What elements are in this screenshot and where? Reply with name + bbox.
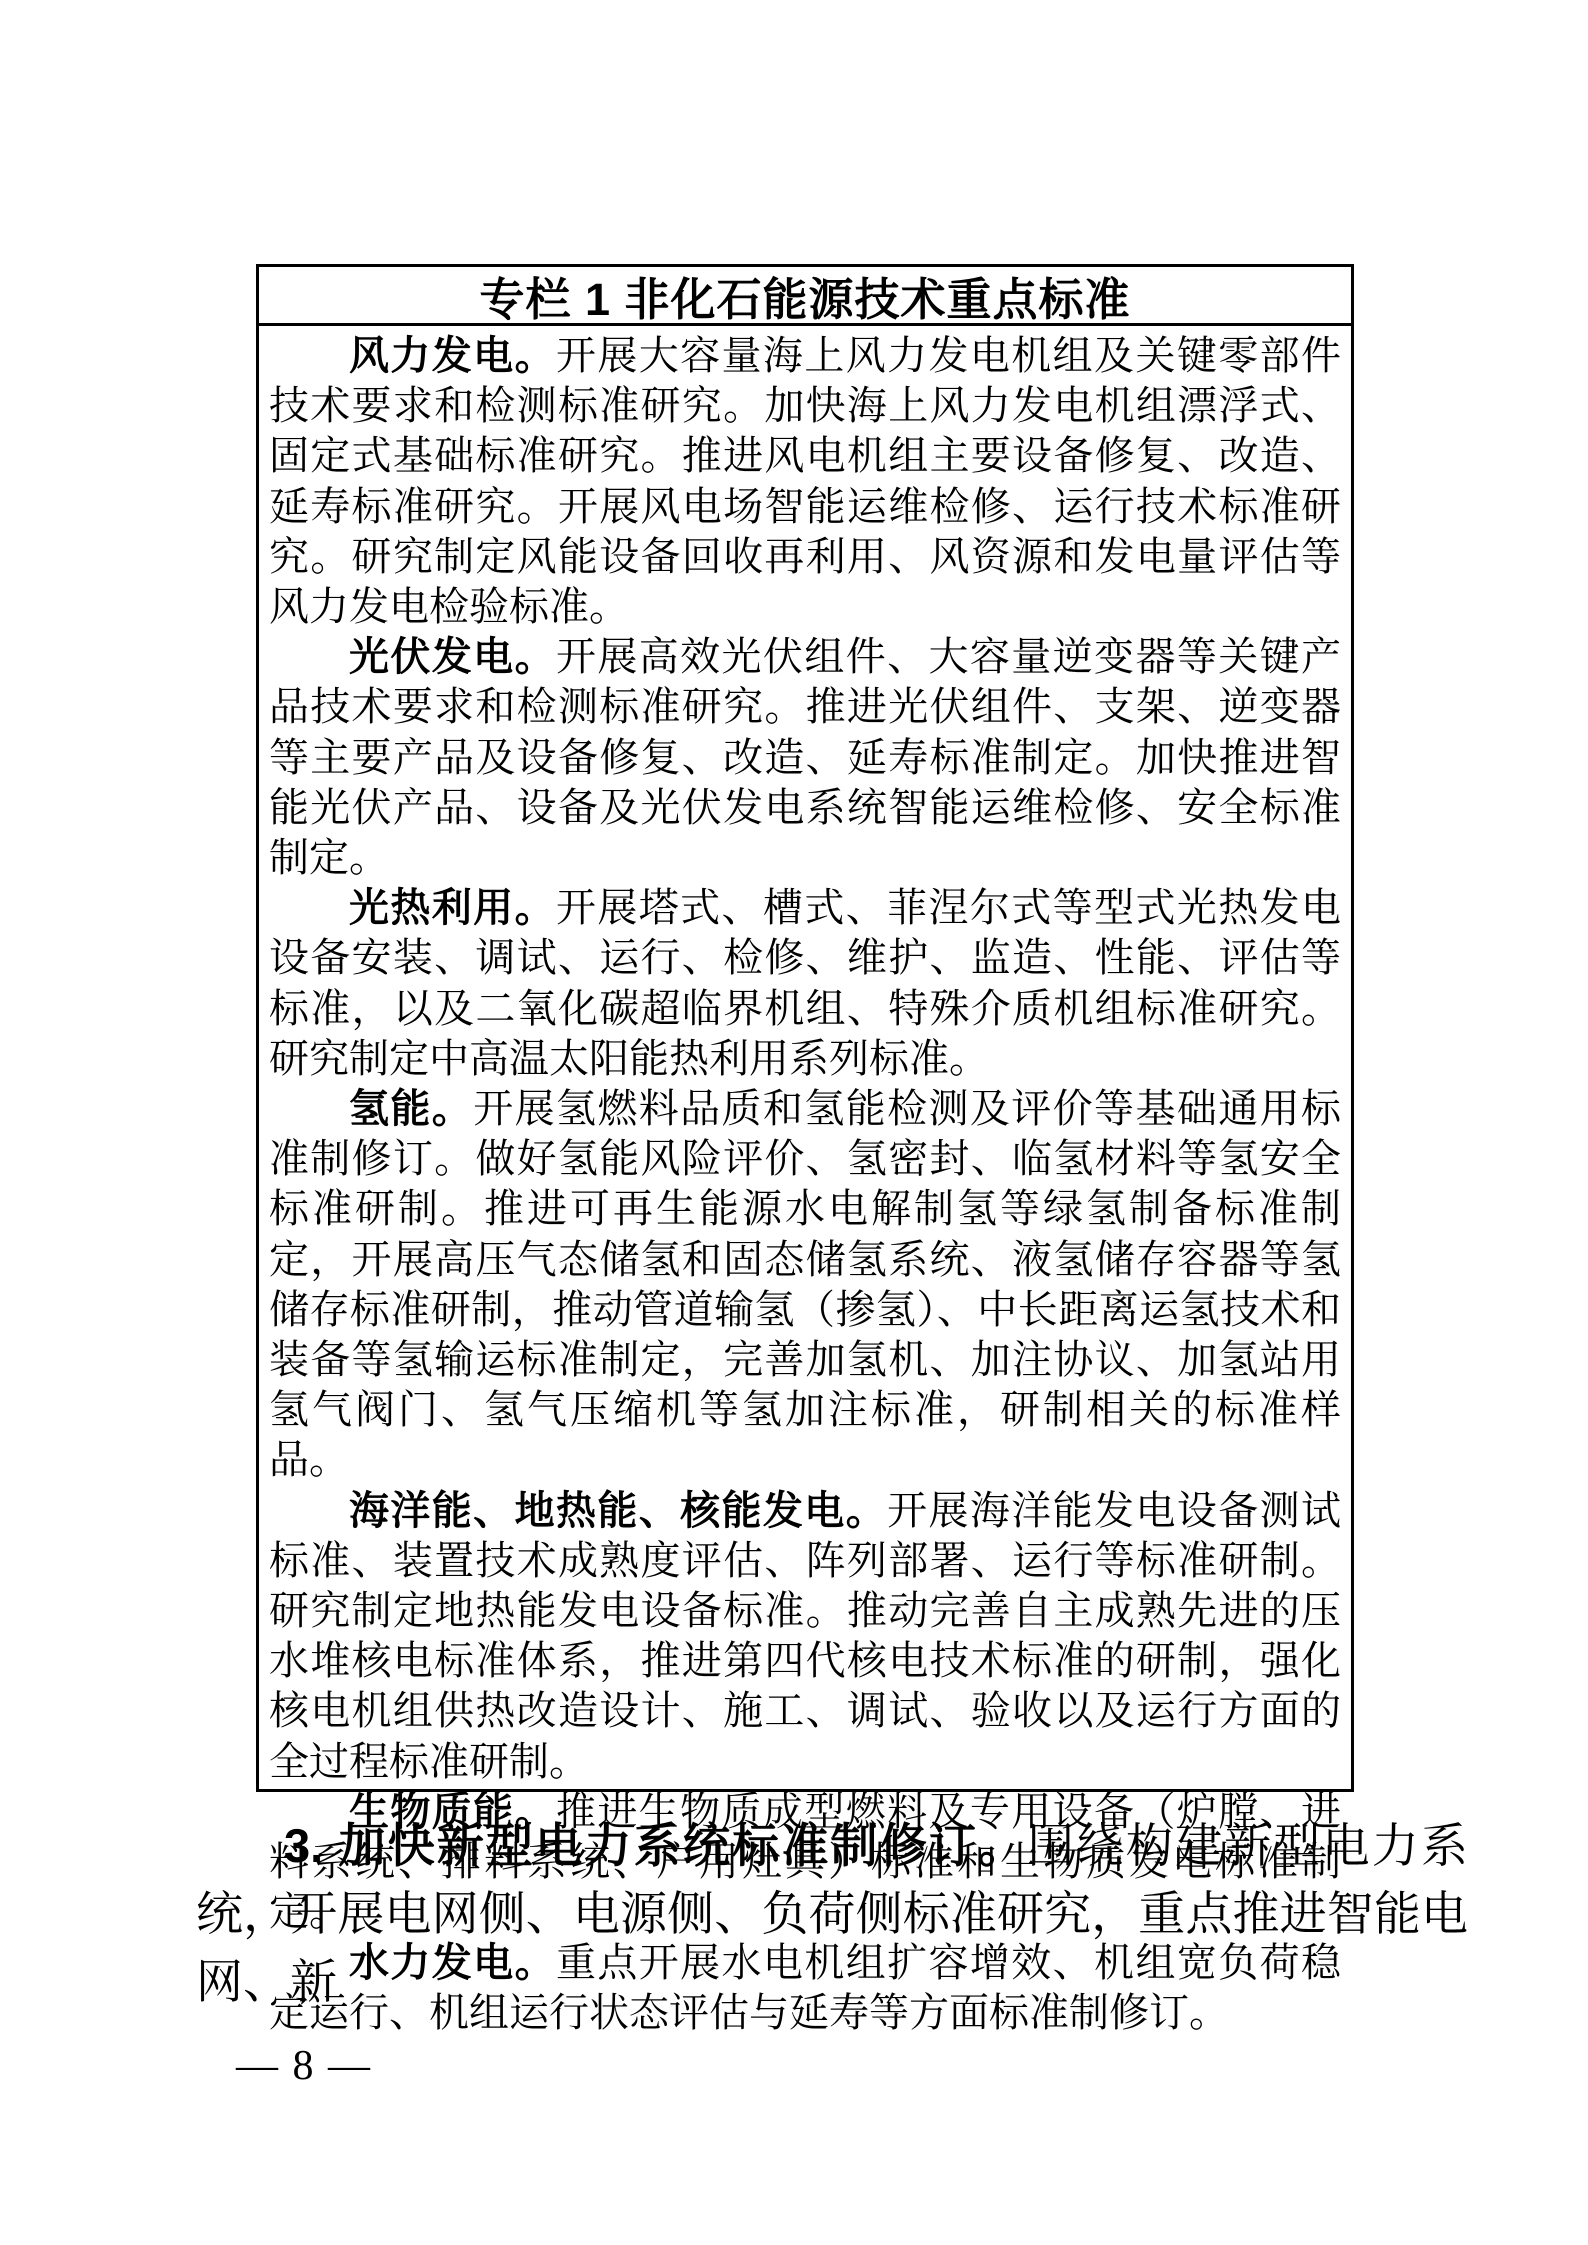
column-box: 专栏 1 非化石能源技术重点标准 风力发电。开展大容量海上风力发电机组及关键零部… (256, 264, 1354, 1792)
box-paragraph: 氢能。开展氢燃料品质和氢能检测及评价等基础通用标准制修订。做好氢能风险评价、氢密… (269, 1084, 1341, 1486)
box-paragraph-lead: 光伏发电。 (349, 635, 556, 679)
box-paragraph: 光热利用。开展塔式、槽式、菲涅尔式等型式光热发电设备安装、调试、运行、检修、维护… (269, 883, 1341, 1084)
column-box-body: 风力发电。开展大容量海上风力发电机组及关键零部件技术要求和检测标准研究。加快海上… (259, 326, 1351, 2038)
box-paragraph-lead: 氢能。 (349, 1087, 473, 1131)
page-number: — 8 — (236, 2042, 372, 2090)
box-paragraph-lead: 风力发电。 (349, 334, 556, 378)
box-paragraph: 风力发电。开展大容量海上风力发电机组及关键零部件技术要求和检测标准研究。加快海上… (269, 331, 1341, 632)
box-paragraph-lead: 海洋能、地热能、核能发电。 (349, 1489, 887, 1533)
box-paragraph: 光伏发电。开展高效光伏组件、大容量逆变器等关键产品技术要求和检测标准研究。推进光… (269, 632, 1341, 883)
body-paragraph-3: 3. 加快新型电力系统标准制修订。围绕构建新型电力系统，开展电网侧、电源侧、负荷… (196, 1812, 1468, 2017)
box-paragraph: 海洋能、地热能、核能发电。开展海洋能发电设备测试标准、装置技术成熟度评估、阵列部… (269, 1486, 1341, 1787)
box-paragraph-text: 开展氢燃料品质和氢能检测及评价等基础通用标准制修订。做好氢能风险评价、氢密封、临… (269, 1086, 1341, 1482)
paragraph-3-lead: 3. 加快新型电力系统标准制修订。 (284, 1819, 1027, 1872)
column-box-title: 专栏 1 非化石能源技术重点标准 (259, 267, 1351, 326)
box-paragraph-lead: 光热利用。 (349, 886, 556, 930)
